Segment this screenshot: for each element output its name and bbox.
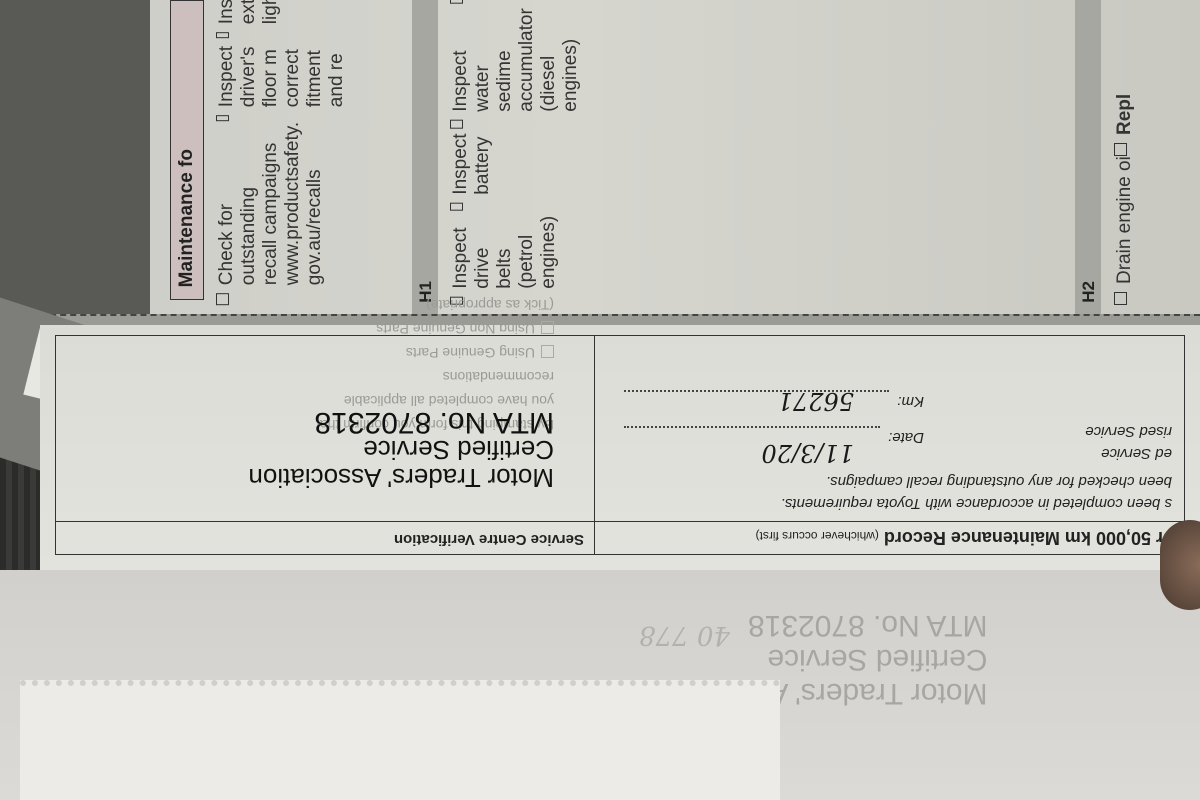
checkbox[interactable] bbox=[216, 115, 229, 121]
section-h2-band: H2 bbox=[1075, 0, 1101, 315]
maintenance-record: or 50,000 km Maintenance Record (whichev… bbox=[40, 325, 1200, 570]
checklist-h2-items: Drain engine oi Repl bbox=[1110, 94, 1136, 305]
checklist-item[interactable]: Inspect drive belts (petrol engines) bbox=[450, 211, 560, 305]
maintenance-title-band: Maintenance fo bbox=[170, 0, 204, 300]
section-h1-band: H1 bbox=[412, 0, 438, 315]
checkbox[interactable] bbox=[450, 203, 463, 211]
booklet-cover bbox=[0, 0, 160, 320]
checklist-page: Maintenance fo Check for outstanding rec… bbox=[150, 0, 1200, 315]
handwritten-date: 11/3/20 bbox=[761, 442, 854, 464]
checkbox[interactable] bbox=[1114, 292, 1127, 305]
section-h2-label: H2 bbox=[1079, 281, 1099, 303]
checklist-item[interactable]: Drain engine oi bbox=[1114, 156, 1136, 305]
checklist-h1-items: Inspect drive belts (petrol engines) Ins… bbox=[446, 0, 626, 305]
verification-stamp-area: By stamping this form you confirm that y… bbox=[56, 336, 594, 522]
checkbox[interactable] bbox=[216, 32, 229, 38]
verification-header: Service Centre Verification bbox=[56, 522, 594, 554]
record-details: s been completed in accordance with Toyo… bbox=[594, 336, 1184, 522]
checklist-top-items: Check for outstanding recall campaigns w… bbox=[212, 0, 348, 305]
km-field[interactable]: Km: bbox=[624, 390, 924, 412]
checklist-item[interactable]: Inspect external lights bbox=[216, 0, 282, 38]
checklist-item[interactable]: Inspect engine air cle filter (diesel en… bbox=[450, 0, 582, 4]
handwritten-km: 56271 bbox=[778, 390, 854, 412]
checklist-item[interactable]: Repl bbox=[1114, 94, 1136, 156]
faded-handwritten-km: 40 778 bbox=[639, 620, 730, 650]
checklist-item[interactable]: Check for outstanding recall campaigns w… bbox=[216, 121, 326, 305]
finger bbox=[1160, 520, 1200, 610]
maintenance-title: Maintenance fo bbox=[176, 149, 198, 287]
checkbox[interactable] bbox=[450, 120, 463, 129]
record-header: or 50,000 km Maintenance Record (whichev… bbox=[594, 522, 1184, 554]
checkbox[interactable] bbox=[216, 293, 229, 305]
checkbox[interactable] bbox=[1114, 143, 1127, 156]
checkbox[interactable] bbox=[450, 0, 463, 4]
checklist-item[interactable]: Inspect battery bbox=[450, 129, 494, 211]
mta-stamp: Motor Traders' Association Certified Ser… bbox=[248, 408, 554, 492]
checklist-item[interactable]: Inspect water sedime accumulator (diesel… bbox=[450, 4, 582, 129]
paper-edge bbox=[20, 680, 780, 800]
record-table: or 50,000 km Maintenance Record (whichev… bbox=[55, 335, 1185, 555]
checklist-item[interactable]: Inspect driver's floor m correct fitment… bbox=[216, 38, 348, 120]
